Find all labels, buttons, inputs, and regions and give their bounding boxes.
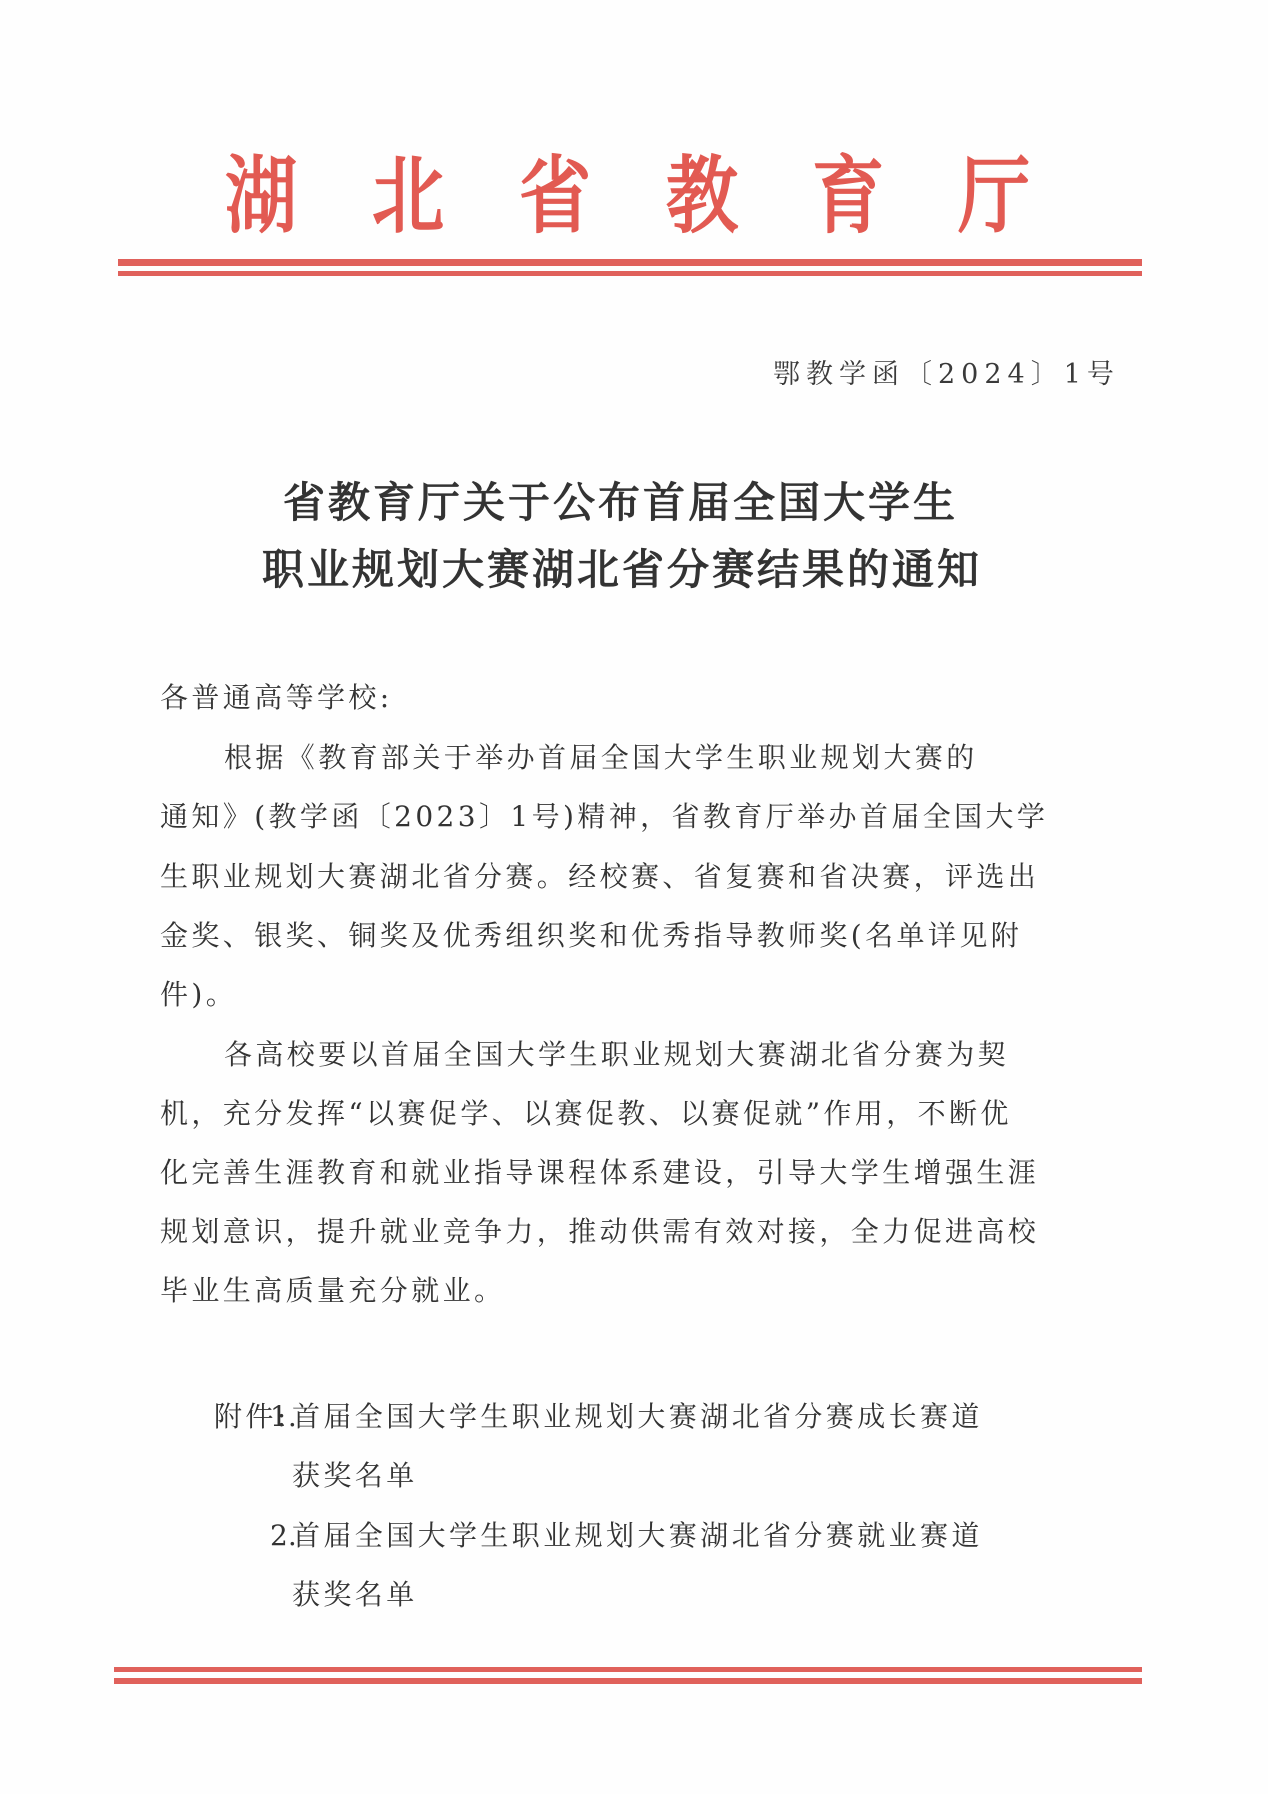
paragraph-1-line: 生职业规划大赛湖北省分赛。经校赛、省复赛和省决赛，评选出 — [160, 857, 1039, 897]
footer-rule-top — [114, 1667, 1142, 1672]
letterhead-char: 厅 — [958, 148, 1025, 243]
paragraph-1-line: 通知》(教学函〔2023〕1号)精神，省教育厅举办首届全国大学 — [160, 797, 1048, 837]
paragraph-2-line: 毕业生高质量充分就业。 — [160, 1271, 505, 1311]
letterhead-char: 北 — [372, 148, 439, 243]
letterhead-char: 育 — [812, 148, 879, 243]
attachment-item-1-line: 获奖名单 — [292, 1456, 418, 1496]
letterhead-char: 教 — [666, 148, 733, 243]
footer-rule-bottom — [114, 1678, 1142, 1684]
paragraph-1-line: 根据《教育部关于举办首届全国大学生职业规划大赛的 — [224, 738, 978, 778]
document-number: 鄂教学函〔2024〕1号 — [773, 355, 1103, 395]
document-title-line-1: 省教育厅关于公布首届全国大学生 — [283, 478, 958, 528]
document-page: 湖 北 省 教 育 厅 鄂教学函〔2024〕1号 省教育厅关于公布首届全国大学生… — [0, 0, 1268, 1794]
letterhead-char: 湖 — [225, 148, 292, 243]
salutation: 各普通高等学校: — [160, 678, 393, 718]
attachment-item-1-line: 首届全国大学生职业规划大赛湖北省分赛成长赛道 — [292, 1397, 983, 1437]
paragraph-1-line: 件)。 — [160, 975, 237, 1015]
document-title-line-2: 职业规划大赛湖北省分赛结果的通知 — [262, 545, 982, 595]
paragraph-1-line: 金奖、银奖、铜奖及优秀组织奖和优秀指导教师奖(名单详见附 — [160, 916, 1022, 956]
letterhead: 湖 北 省 教 育 厅 — [225, 148, 1037, 243]
attachment-item-2-line: 获奖名单 — [292, 1575, 418, 1615]
paragraph-2-line: 各高校要以首届全国大学生职业规划大赛湖北省分赛为契 — [224, 1035, 1009, 1075]
paragraph-2-line: 机，充分发挥“以赛促学、以赛促教、以赛促就”作用，不断优 — [160, 1094, 1012, 1134]
paragraph-2-line: 规划意识，提升就业竞争力，推动供需有效对接，全力促进高校 — [160, 1212, 1039, 1252]
letterhead-rule-thin — [118, 271, 1142, 276]
paragraph-2-line: 化完善生涯教育和就业指导课程体系建设，引导大学生增强生涯 — [160, 1153, 1039, 1193]
letterhead-rule-thick — [118, 259, 1142, 266]
letterhead-char: 省 — [519, 148, 586, 243]
attachment-item-2-line: 首届全国大学生职业规划大赛湖北省分赛就业赛道 — [292, 1516, 983, 1556]
